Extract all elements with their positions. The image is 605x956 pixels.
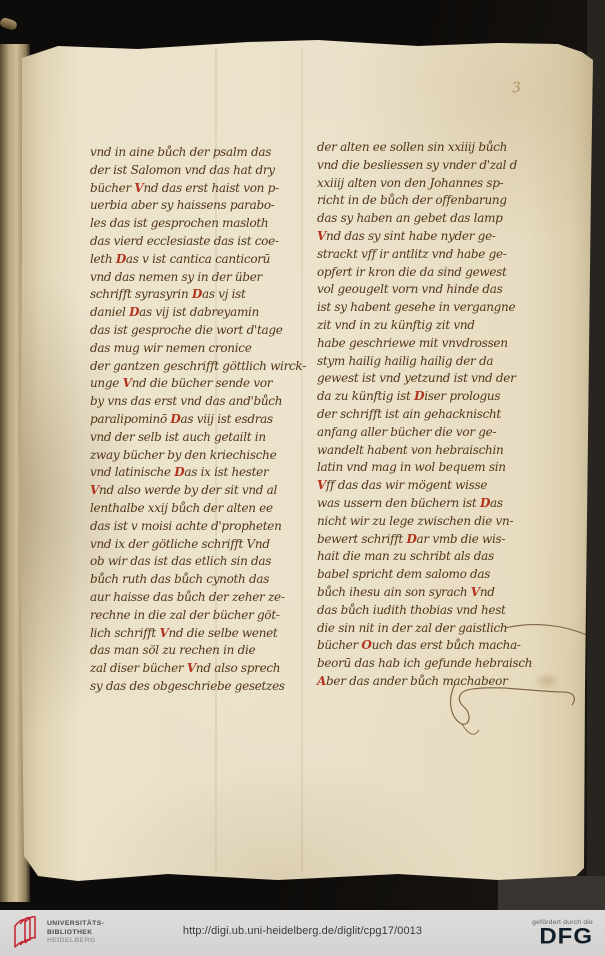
- dfg-logo: gefördert durch die DFG: [532, 919, 593, 949]
- manuscript-column-right: der alten ee sollen sin xxiiij bůchvnd d…: [317, 139, 551, 691]
- footer-bar: UNIVERSITÄTS- BIBLIOTHEK HEIDELBERG http…: [0, 910, 605, 956]
- manuscript-line: da zu künftig ist Diser prologus: [317, 388, 551, 406]
- manuscript-line: paralipominō Das viij ist esdras: [90, 411, 314, 429]
- manuscript-line: bücher Vnd das erst haist von p-: [90, 180, 314, 198]
- manuscript-line: bücher Ouch das erst bůch macha-: [317, 637, 551, 655]
- manuscript-line: opfert ir kron die da sind gewest: [317, 264, 551, 282]
- manuscript-line: der ist Salomon vnd das hat dry: [90, 162, 314, 180]
- folio-number: 3: [511, 80, 522, 97]
- manuscript-line: Aber das ander bůch machabeor: [317, 673, 551, 691]
- manuscript-line: Vnd also werde by der sit vnd al: [90, 482, 314, 500]
- manuscript-line: bůch ruth das bůch cynoth das: [90, 571, 314, 589]
- manuscript-line: beorū das hab ich gefunde hebraisch: [317, 655, 551, 673]
- manuscript-line: uerbia aber sy haissens parabo-: [90, 197, 314, 215]
- manuscript-line: by vns das erst vnd das and'bůch: [90, 393, 314, 411]
- manuscript-line: vnd ix der götliche schrifft Vnd: [90, 536, 314, 554]
- manuscript-line: leth Das v ist cantica canticorū: [90, 251, 314, 269]
- manuscript-line: vnd in aine bůch der psalm das: [90, 144, 314, 162]
- manuscript-line: wandelt habent von hebraischin: [317, 442, 551, 460]
- manuscript-page: 3 vnd in aine bůch der psalm dasder ist …: [18, 36, 596, 886]
- book-clasp-icon: [0, 17, 18, 32]
- manuscript-line: zit vnd in zu künftig zit vnd: [317, 317, 551, 335]
- manuscript-line: der schrifft ist ain gehacknischt: [317, 406, 551, 424]
- manuscript-line: zway bücher by den kriechische: [90, 447, 314, 465]
- dfg-logo-text: DFG: [532, 926, 593, 947]
- manuscript-line: lenthalbe xxij bůch der alten ee: [90, 500, 314, 518]
- manuscript-line: das mug wir nemen cronice: [90, 340, 314, 358]
- manuscript-line: vnd der selb ist auch getailt in: [90, 429, 314, 447]
- manuscript-line: daniel Das vij ist dabreyamin: [90, 304, 314, 322]
- manuscript-line: lich schrifft Vnd die selbe wenet: [90, 625, 314, 643]
- manuscript-column-left: vnd in aine bůch der psalm dasder ist Sa…: [90, 144, 314, 696]
- manuscript-line: latin vnd mag in wol bequem sin: [317, 459, 551, 477]
- manuscript-line: strackt vff ir antlitz vnd habe ge-: [317, 246, 551, 264]
- manuscript-line: xxiiij alten von den Johannes sp-: [317, 175, 551, 193]
- manuscript-line: ob wir das ist das etlich sin das: [90, 553, 314, 571]
- manuscript-line: hait die man zu schribt als das: [317, 548, 551, 566]
- manuscript-line: Vnd das sy sint habe nyder ge-: [317, 228, 551, 246]
- manuscript-line: bůch ihesu ain son syrach Vnd: [317, 584, 551, 602]
- manuscript-line: sy das des obgeschriebe gesetzes: [90, 678, 314, 696]
- manuscript-line: zal diser bücher Vnd also sprech: [90, 660, 314, 678]
- manuscript-line: das bůch iudith thobias vnd hest: [317, 602, 551, 620]
- scan-corner-shadow: [498, 876, 605, 910]
- manuscript-line: der gantzen geschrifft göttlich wirck-: [90, 358, 314, 376]
- manuscript-line: das ist gesproche die wort d'tage: [90, 322, 314, 340]
- manuscript-line: bewert schrifft Dar vmb die wis-: [317, 531, 551, 549]
- manuscript-line: das vierd ecclesiaste das ist coe-: [90, 233, 314, 251]
- manuscript-line: was ussern den büchern ist Das: [317, 495, 551, 513]
- manuscript-line: ist sy habent gesehe in vergangne: [317, 299, 551, 317]
- manuscript-line: habe geschriewe mit vnvdrossen: [317, 335, 551, 353]
- manuscript-line: das ist v moisi achte d'propheten: [90, 518, 314, 536]
- manuscript-line: gewest ist vnd yetzund ist vnd der: [317, 370, 551, 388]
- manuscript-line: schrifft syrasyrin Das vj ist: [90, 286, 314, 304]
- manuscript-line: das man söl zu rechen in die: [90, 642, 314, 660]
- manuscript-line: babel spricht dem salomo das: [317, 566, 551, 584]
- page-url: http://digi.ub.uni-heidelberg.de/diglit/…: [0, 925, 605, 937]
- manuscript-line: aur haisse das bůch der zeher ze-: [90, 589, 314, 607]
- manuscript-line: richt in de bůch der offenbarung: [317, 192, 551, 210]
- manuscript-line: vol geougelt vorn vnd hinde das: [317, 281, 551, 299]
- manuscript-line: stym hailig hailig hailig der da: [317, 353, 551, 371]
- manuscript-line: Vff das das wir mögent wisse: [317, 477, 551, 495]
- manuscript-line: unge Vnd die bücher sende vor: [90, 375, 314, 393]
- manuscript-line: die sin nit in der zal der gaistlich: [317, 620, 551, 638]
- manuscript-line: das sy haben an gebet das lamp: [317, 210, 551, 228]
- library-name-line3: HEIDELBERG: [47, 937, 104, 946]
- manuscript-line: les das ist gesprochen masloth: [90, 215, 314, 233]
- manuscript-line: vnd das nemen sy in der über: [90, 269, 314, 287]
- manuscript-line: rechne in die zal der bücher göt-: [90, 607, 314, 625]
- manuscript-line: nicht wir zu lege zwischen die vn-: [317, 513, 551, 531]
- manuscript-line: vnd latinische Das ix ist hester: [90, 464, 314, 482]
- digitized-manuscript-scan: 3 vnd in aine bůch der psalm dasder ist …: [0, 0, 605, 956]
- manuscript-line: vnd die besliessen sy vnder d'zal d: [317, 157, 551, 175]
- manuscript-line: der alten ee sollen sin xxiiij bůch: [317, 139, 551, 157]
- manuscript-line: anfang aller bücher die vor ge-: [317, 424, 551, 442]
